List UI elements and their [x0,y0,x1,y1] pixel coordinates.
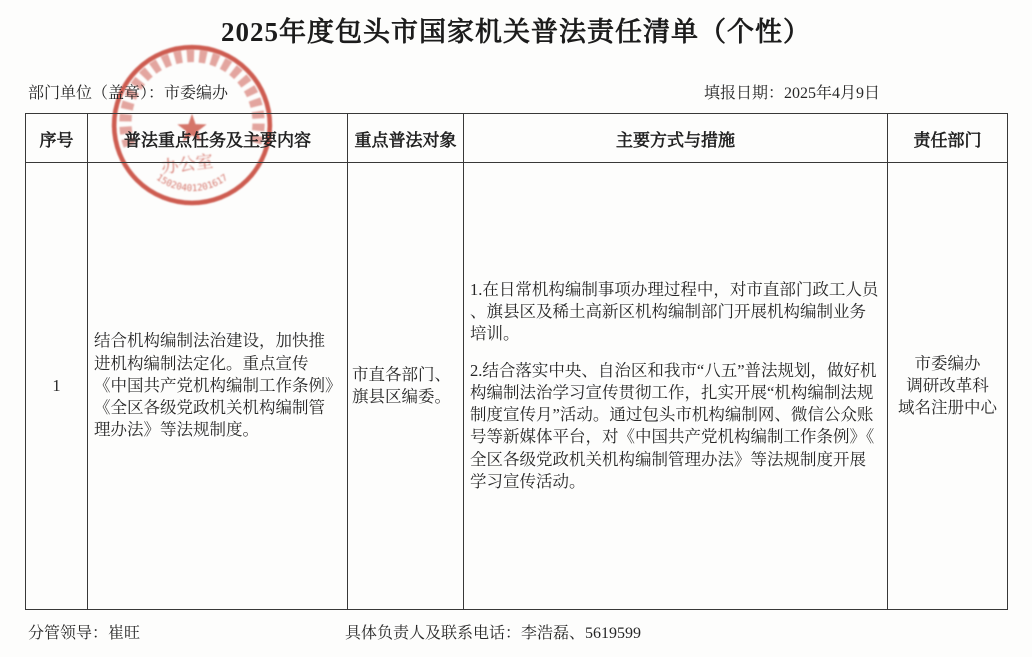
cell-target: 市直各部门、旗县区编委。 [348,163,464,610]
col-header-index: 序号 [26,114,88,163]
responsible-line-1: 市委编办 [888,353,1007,375]
department-unit: 部门单位（盖章）：市委编办 [28,80,228,103]
fill-date-value: 2025年4月9日 [784,85,880,102]
document-page: 2025年度包头市国家机关普法责任清单（个性） 办公室 150204012016… [0,0,1032,657]
cell-responsible: 市委编办 调研改革科 域名注册中心 [888,163,1008,610]
task-text: 结合机构编制法治建设，加快推进机构编制法定化。重点宣传《中国共产党机构编制工作条… [88,330,347,441]
col-header-target: 重点普法对象 [348,114,464,163]
leader-in-charge: 分管领导：崔旺 [28,620,140,643]
cell-index: 1 [26,163,88,610]
col-header-task: 普法重点任务及主要内容 [88,114,348,163]
table-header-row: 序号 普法重点任务及主要内容 重点普法对象 主要方式与措施 责任部门 [26,114,1008,163]
leader-value: 崔旺 [108,625,140,642]
cell-task: 结合机构编制法治建设，加快推进机构编制法定化。重点宣传《中国共产党机构编制工作条… [88,163,348,610]
responsible-line-2: 调研改革科 [888,375,1007,397]
responsibility-table: 序号 普法重点任务及主要内容 重点普法对象 主要方式与措施 责任部门 1 结合机… [25,113,1008,610]
measure-paragraph-1: 1.在日常机构编制事项办理过程中，对市直部门政工人员、旗县区及稀土高新区机构编制… [464,279,887,346]
col-header-responsible: 责任部门 [888,114,1008,163]
department-label: 部门单位（盖章）： [28,85,164,102]
leader-label: 分管领导： [28,625,108,642]
page-title: 2025年度包头市国家机关普法责任清单（个性） [0,10,1032,49]
department-value: 市委编办 [164,85,228,102]
contact-value: 李浩磊、5619599 [521,625,641,642]
measure-paragraph-2: 2.结合落实中央、自治区和我市“八五”普法规划，做好机构编制法治学习宣传贯彻工作… [464,360,887,494]
target-text: 市直各部门、旗县区编委。 [348,364,463,409]
table-row: 1 结合机构编制法治建设，加快推进机构编制法定化。重点宣传《中国共产党机构编制工… [26,163,1008,610]
col-header-measures: 主要方式与措施 [464,114,888,163]
cell-measures: 1.在日常机构编制事项办理过程中，对市直部门政工人员、旗县区及稀土高新区机构编制… [464,163,888,610]
contact-person: 具体负责人及联系电话：李浩磊、5619599 [345,620,641,643]
fill-date: 填报日期：2025年4月9日 [704,80,880,103]
fill-date-label: 填报日期： [704,85,784,102]
contact-label: 具体负责人及联系电话： [345,625,521,642]
responsible-line-3: 域名注册中心 [888,397,1007,419]
